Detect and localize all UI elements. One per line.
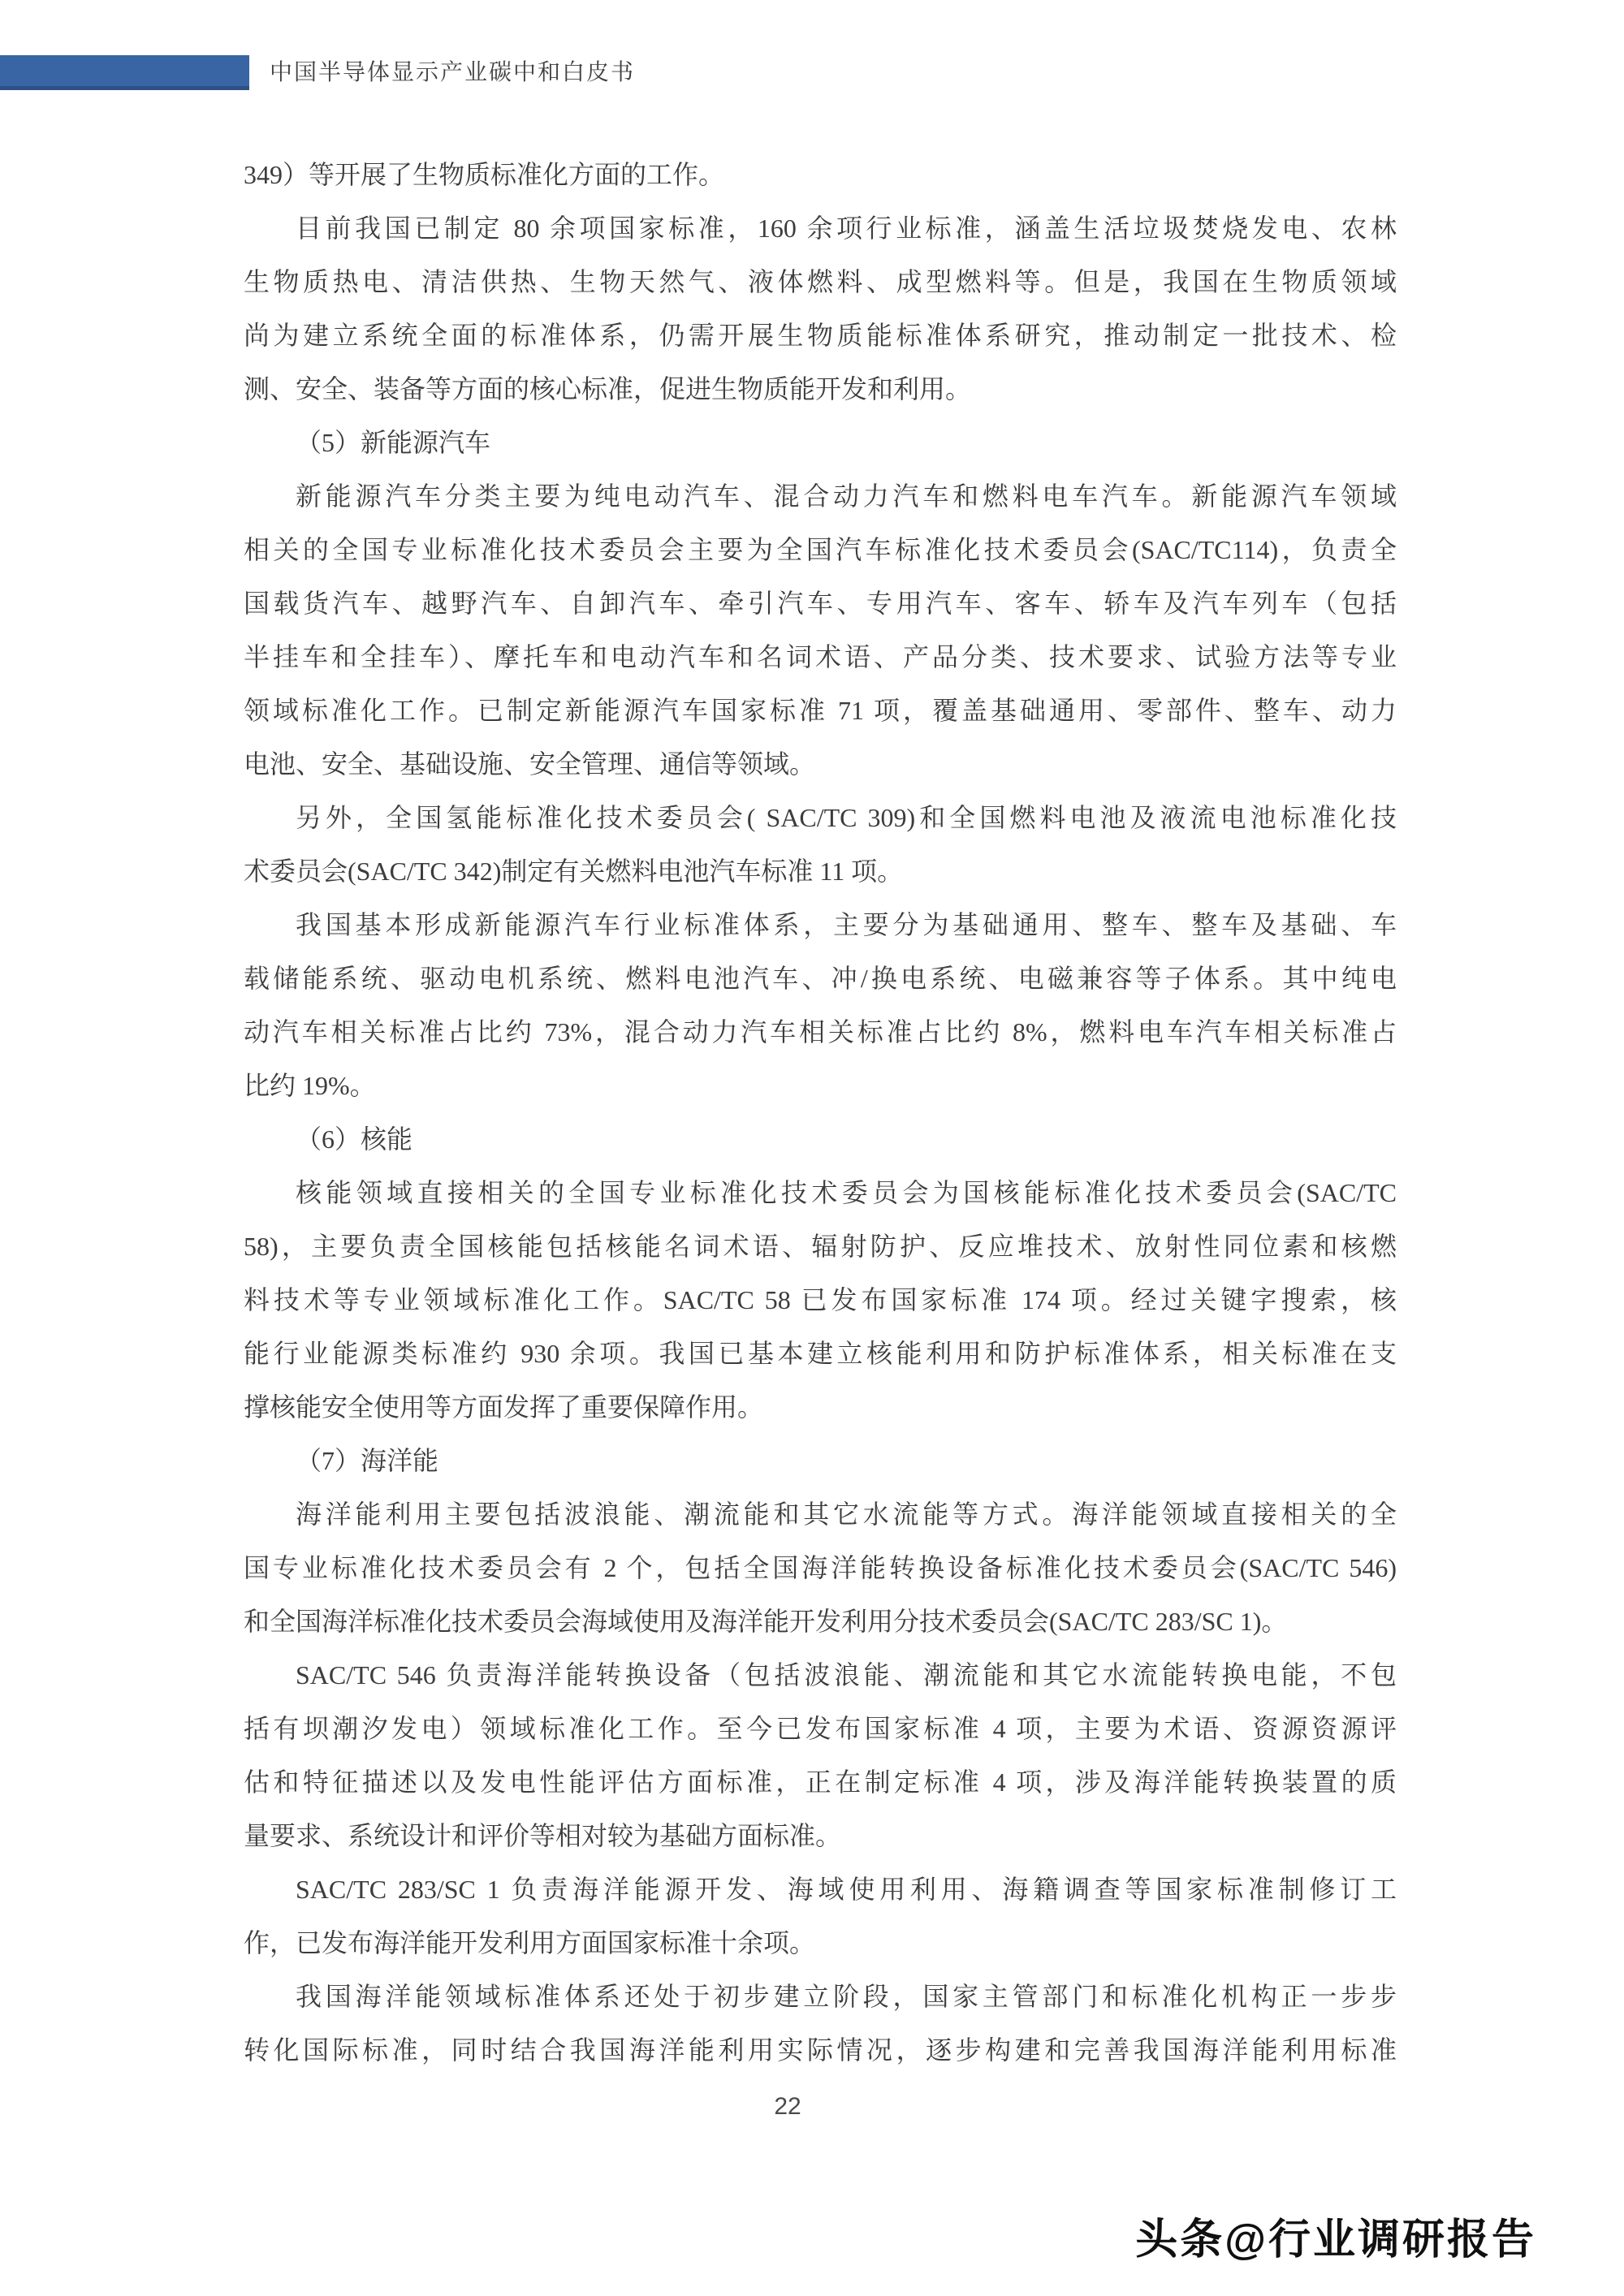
- body-text: 349）等开展了生物质标准化方面的工作。目前我国已制定 80 余项国家标准，16…: [244, 148, 1397, 2077]
- page-number: 22: [0, 2093, 1575, 2121]
- document-page: 中国半导体显示产业碳中和白皮书 349）等开展了生物质标准化方面的工作。目前我国…: [0, 0, 1624, 2296]
- body-line: 动汽车相关标准占比约 73%，混合动力汽车相关标准占比约 8%，燃料电车汽车相关…: [244, 1005, 1397, 1059]
- body-line: （6）核能: [244, 1112, 1397, 1166]
- body-line: 349）等开展了生物质标准化方面的工作。: [244, 148, 1397, 201]
- body-line: 58)，主要负责全国核能包括核能名词术语、辐射防护、反应堆技术、放射性同位素和核…: [244, 1219, 1397, 1273]
- body-line: 我国海洋能领域标准体系还处于初步建立阶段，国家主管部门和标准化机构正一步步: [244, 1970, 1397, 2023]
- body-line: 我国基本形成新能源汽车行业标准体系，主要分为基础通用、整车、整车及基础、车: [244, 898, 1397, 952]
- body-line: 海洋能利用主要包括波浪能、潮流能和其它水流能等方式。海洋能领域直接相关的全: [244, 1487, 1397, 1541]
- document-header-title: 中国半导体显示产业碳中和白皮书: [270, 55, 635, 90]
- body-line: SAC/TC 283/SC 1 负责海洋能源开发、海域使用利用、海籍调查等国家标…: [244, 1862, 1397, 1916]
- header-accent-bar: [0, 55, 249, 90]
- body-line: 能行业能源类标准约 930 余项。我国已基本建立核能利用和防护标准体系，相关标准…: [244, 1327, 1397, 1380]
- body-line: 和全国海洋标准化技术委员会海域使用及海洋能开发利用分技术委员会(SAC/TC 2…: [244, 1595, 1397, 1648]
- body-line: SAC/TC 546 负责海洋能转换设备（包括波浪能、潮流能和其它水流能转换电能…: [244, 1648, 1397, 1702]
- body-line: 量要求、系统设计和评价等相对较为基础方面标准。: [244, 1809, 1397, 1862]
- body-line: 核能领域直接相关的全国专业标准化技术委员会为国核能标准化技术委员会(SAC/TC: [244, 1166, 1397, 1219]
- body-line: 转化国际标准，同时结合我国海洋能利用实际情况，逐步构建和完善我国海洋能利用标准: [244, 2023, 1397, 2077]
- body-line: 目前我国已制定 80 余项国家标准，160 余项行业标准，涵盖生活垃圾焚烧发电、…: [244, 201, 1397, 255]
- body-line: 领域标准化工作。已制定新能源汽车国家标准 71 项，覆盖基础通用、零部件、整车、…: [244, 684, 1397, 737]
- body-line: （5）新能源汽车: [244, 416, 1397, 469]
- body-line: 估和特征描述以及发电性能评估方面标准，正在制定标准 4 项，涉及海洋能转换装置的…: [244, 1755, 1397, 1809]
- body-line: 作，已发布海洋能开发利用方面国家标准十余项。: [244, 1916, 1397, 1970]
- body-line: 相关的全国专业标准化技术委员会主要为全国汽车标准化技术委员会(SAC/TC114…: [244, 523, 1397, 576]
- body-line: 生物质热电、清洁供热、生物天然气、液体燃料、成型燃料等。但是，我国在生物质领域: [244, 255, 1397, 309]
- watermark-text: 头条@行业调研报告: [1135, 2205, 1536, 2266]
- body-line: 另外，全国氢能标准化技术委员会( SAC/TC 309)和全国燃料电池及液流电池…: [244, 791, 1397, 844]
- body-line: 国载货汽车、越野汽车、自卸汽车、牵引汽车、专用汽车、客车、轿车及汽车列车（包括: [244, 576, 1397, 630]
- body-line: 括有坝潮汐发电）领域标准化工作。至今已发布国家标准 4 项，主要为术语、资源资源…: [244, 1702, 1397, 1755]
- body-line: 新能源汽车分类主要为纯电动汽车、混合动力汽车和燃料电车汽车。新能源汽车领域: [244, 469, 1397, 523]
- body-line: 电池、安全、基础设施、安全管理、通信等领域。: [244, 737, 1397, 791]
- body-line: 国专业标准化技术委员会有 2 个，包括全国海洋能转换设备标准化技术委员会(SAC…: [244, 1541, 1397, 1595]
- body-line: 尚为建立系统全面的标准体系，仍需开展生物质能标准体系研究，推动制定一批技术、检: [244, 309, 1397, 362]
- body-line: 术委员会(SAC/TC 342)制定有关燃料电池汽车标准 11 项。: [244, 844, 1397, 898]
- body-line: 比约 19%。: [244, 1059, 1397, 1112]
- body-line: 撑核能安全使用等方面发挥了重要保障作用。: [244, 1380, 1397, 1434]
- body-line: 测、安全、装备等方面的核心标准，促进生物质能开发和利用。: [244, 362, 1397, 416]
- body-line: 料技术等专业领域标准化工作。SAC/TC 58 已发布国家标准 174 项。经过…: [244, 1273, 1397, 1327]
- body-line: 半挂车和全挂车）、摩托车和电动汽车和名词术语、产品分类、技术要求、试验方法等专业: [244, 630, 1397, 684]
- body-line: 载储能系统、驱动电机系统、燃料电池汽车、冲/换电系统、电磁兼容等子体系。其中纯电: [244, 952, 1397, 1005]
- body-line: （7）海洋能: [244, 1434, 1397, 1487]
